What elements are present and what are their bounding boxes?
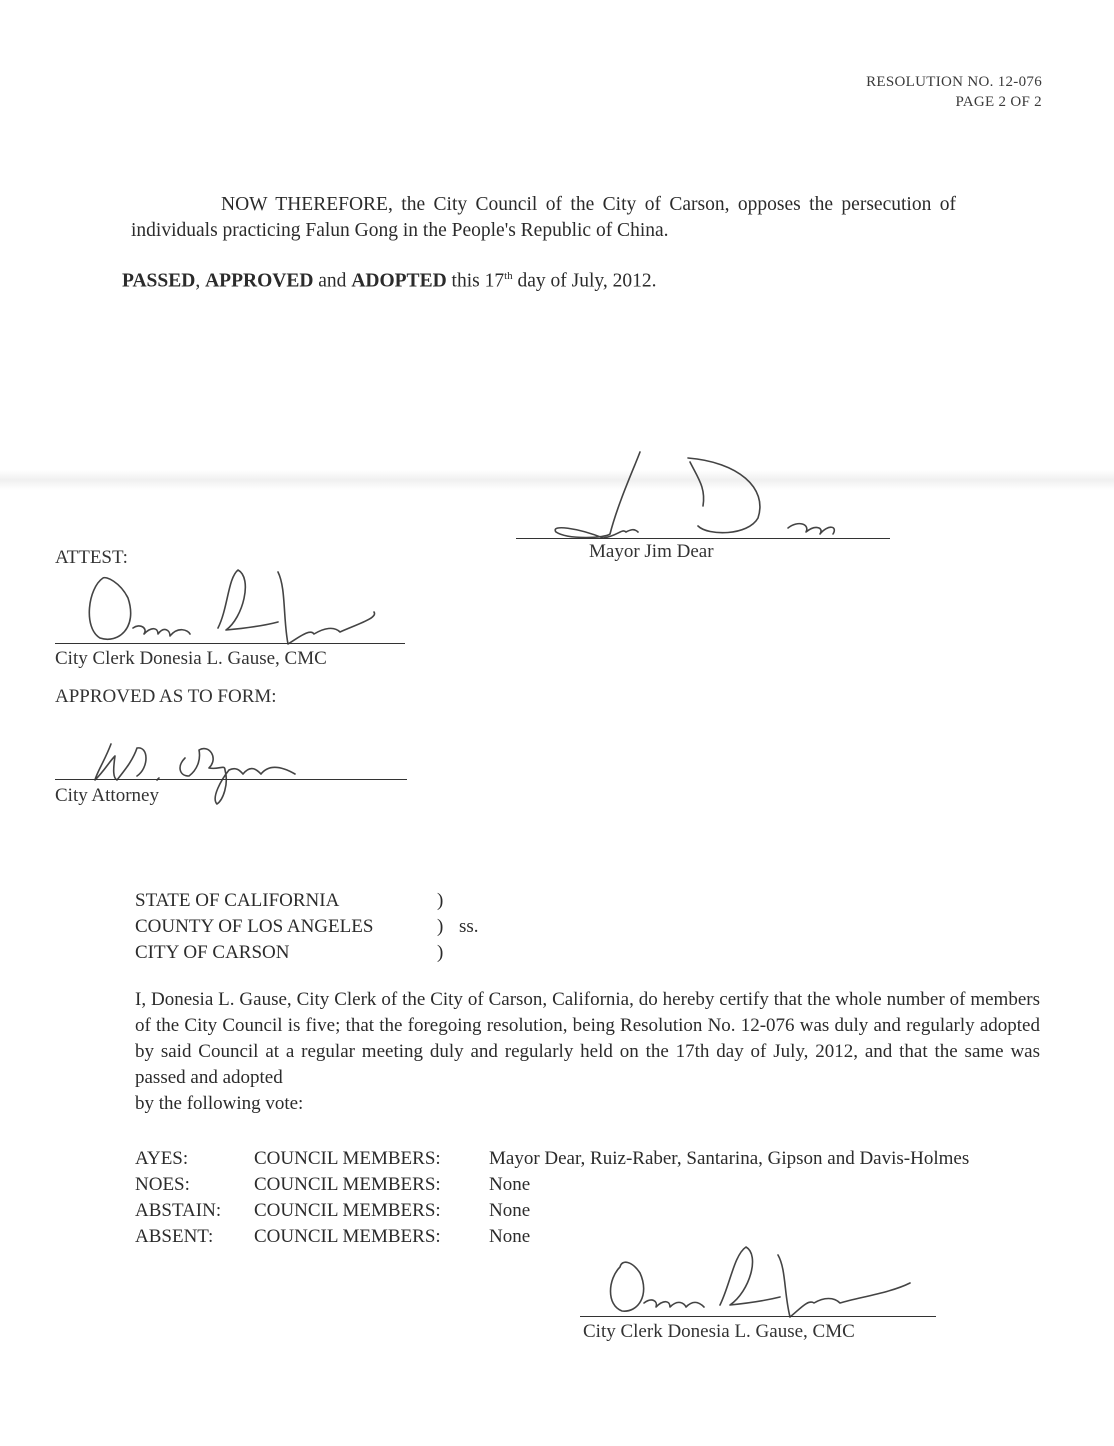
venue-row: STATE OF CALIFORNIA ) [135, 888, 479, 914]
venue-name: CITY OF CARSON [135, 940, 437, 966]
ordinal-suffix: th [504, 270, 513, 282]
venue-suffix: ss. [459, 914, 479, 940]
page-header: RESOLUTION NO. 12-076 PAGE 2 OF 2 [866, 72, 1042, 112]
now-therefore-text: NOW THEREFORE, the City Council of the C… [131, 194, 956, 241]
sep: and [313, 271, 351, 292]
passed-date: this 17 [447, 271, 504, 292]
city-attorney-label: City Attorney [55, 785, 159, 807]
venue-block: STATE OF CALIFORNIA ) COUNTY OF LOS ANGE… [135, 888, 479, 966]
attest-signature-line [55, 643, 405, 644]
venue-paren: ) [437, 914, 459, 940]
vote-type: NOES: [135, 1172, 254, 1198]
attest-heading: ATTEST: [55, 547, 128, 569]
vote-row: NOES: COUNCIL MEMBERS: None [135, 1172, 969, 1198]
vote-row: AYES: COUNCIL MEMBERS: Mayor Dear, Ruiz-… [135, 1146, 969, 1172]
vote-row: ABSTAIN: COUNCIL MEMBERS: None [135, 1198, 969, 1224]
mayor-signature-line [516, 538, 890, 539]
clerk-final-signature-line [580, 1316, 936, 1317]
clerk-final-label: City Clerk Donesia L. Gause, CMC [583, 1321, 855, 1343]
vote-members: None [489, 1224, 530, 1250]
passed-date-tail: day of July, 2012. [513, 271, 657, 292]
vote-members: None [489, 1198, 530, 1224]
vote-group: COUNCIL MEMBERS: [254, 1146, 489, 1172]
mayor-label: Mayor Jim Dear [589, 541, 714, 563]
passed-word: PASSED [122, 271, 195, 292]
clerk-final-signature [600, 1245, 920, 1325]
now-therefore-paragraph: NOW THEREFORE, the City Council of the C… [131, 192, 956, 244]
page-number: PAGE 2 OF 2 [866, 92, 1042, 112]
sep: , [195, 271, 205, 292]
resolution-number: RESOLUTION NO. 12-076 [866, 72, 1042, 92]
clerk-attest-label: City Clerk Donesia L. Gause, CMC [55, 648, 327, 670]
passed-approved-adopted: PASSED, APPROVED and ADOPTED this 17th d… [122, 270, 657, 293]
venue-name: STATE OF CALIFORNIA [135, 888, 437, 914]
certification-last-line: by the following vote: [135, 1091, 1040, 1117]
vote-group: COUNCIL MEMBERS: [254, 1172, 489, 1198]
vote-group: COUNCIL MEMBERS: [254, 1198, 489, 1224]
mayor-signature [548, 448, 848, 548]
vote-table: AYES: COUNCIL MEMBERS: Mayor Dear, Ruiz-… [135, 1146, 969, 1250]
vote-members: None [489, 1172, 530, 1198]
approved-as-to-form-heading: APPROVED AS TO FORM: [55, 686, 277, 708]
venue-name: COUNTY OF LOS ANGELES [135, 914, 437, 940]
venue-paren: ) [437, 940, 459, 966]
certification-paragraph: I, Donesia L. Gause, City Clerk of the C… [135, 987, 1040, 1117]
venue-row: CITY OF CARSON ) [135, 940, 479, 966]
city-attorney-signature-line [55, 779, 407, 780]
certification-text: I, Donesia L. Gause, City Clerk of the C… [135, 987, 1040, 1091]
approved-word: APPROVED [205, 271, 313, 292]
venue-paren: ) [437, 888, 459, 914]
adopted-word: ADOPTED [351, 271, 446, 292]
vote-type: ABSTAIN: [135, 1198, 254, 1224]
venue-row: COUNTY OF LOS ANGELES ) ss. [135, 914, 479, 940]
vote-type: AYES: [135, 1146, 254, 1172]
vote-group: COUNCIL MEMBERS: [254, 1224, 489, 1250]
vote-members: Mayor Dear, Ruiz-Raber, Santarina, Gipso… [489, 1146, 969, 1172]
vote-type: ABSENT: [135, 1224, 254, 1250]
